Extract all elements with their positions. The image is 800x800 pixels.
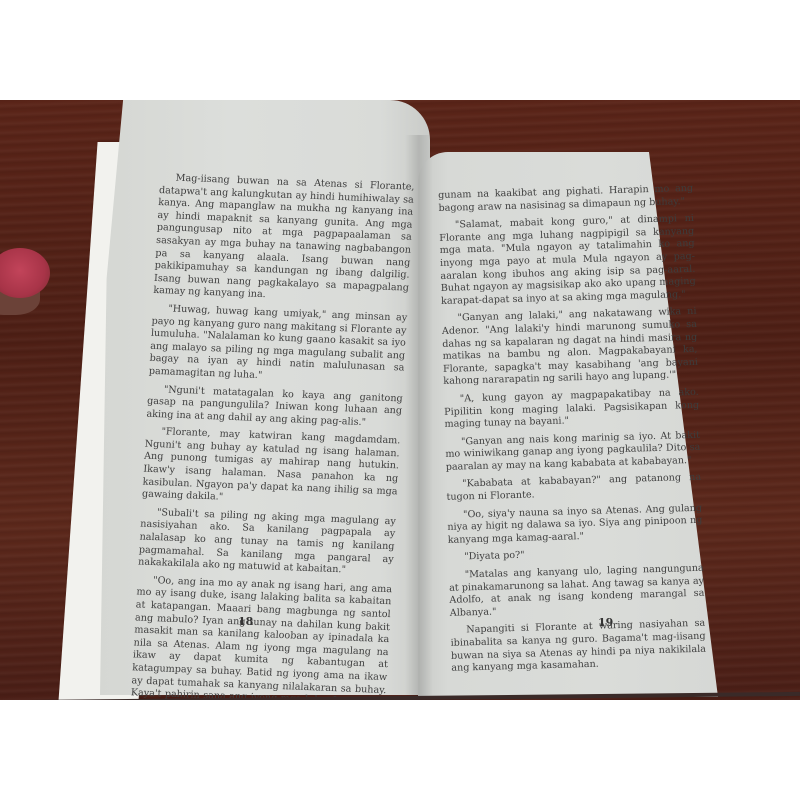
photo: Mag-iisang buwan na sa Atenas si Florant… <box>0 100 800 700</box>
paragraph: "Kababata at kababayan?" ang patanong na… <box>446 472 702 504</box>
page-number-left: 18 <box>238 615 253 628</box>
page-number-right: 19 <box>598 616 613 629</box>
paragraph: "A, kung gayon ay magpapakatibay na ako.… <box>444 387 700 432</box>
paragraph: "Florante, may katwiran kang magdamdam. … <box>142 426 401 511</box>
paragraph: Mag-iisang buwan na sa Atenas si Florant… <box>153 172 415 308</box>
paragraph: "Diyata po?" <box>448 545 703 565</box>
thumbnail-painted <box>0 248 50 298</box>
paragraph: "Subali't sa piling ng aking mga magulan… <box>138 506 396 579</box>
paragraph: Napangiti si Florante at waring nasiyaha… <box>450 618 706 675</box>
paragraph: "Matalas ang kanyang ulo, laging nangung… <box>449 563 705 620</box>
left-page-text: Mag-iisang buwan na sa Atenas si Florant… <box>129 172 414 700</box>
paragraph: "Ganyan ang nais kong marinig sa iyo. At… <box>445 429 701 474</box>
paragraph: "Oo, ang ina mo ay anak ng isang hari, a… <box>130 574 393 700</box>
paragraph: "Huwag, huwag kang umiyak," ang minsan a… <box>148 303 407 388</box>
paragraph: "Ganyan ang lalaki," ang nakatawang wika… <box>441 306 698 389</box>
paragraph: "Oo, siya'y nauna sa inyo sa Atenas. Ang… <box>447 502 703 547</box>
paragraph: "Nguni't matatagalan ko kaya ang ganiton… <box>146 383 403 431</box>
right-page-text: gunam na kaakibat ang pighati. Harapin m… <box>438 183 707 681</box>
paragraph: "Salamat, mabait kong guro," at dinampi … <box>439 213 696 308</box>
